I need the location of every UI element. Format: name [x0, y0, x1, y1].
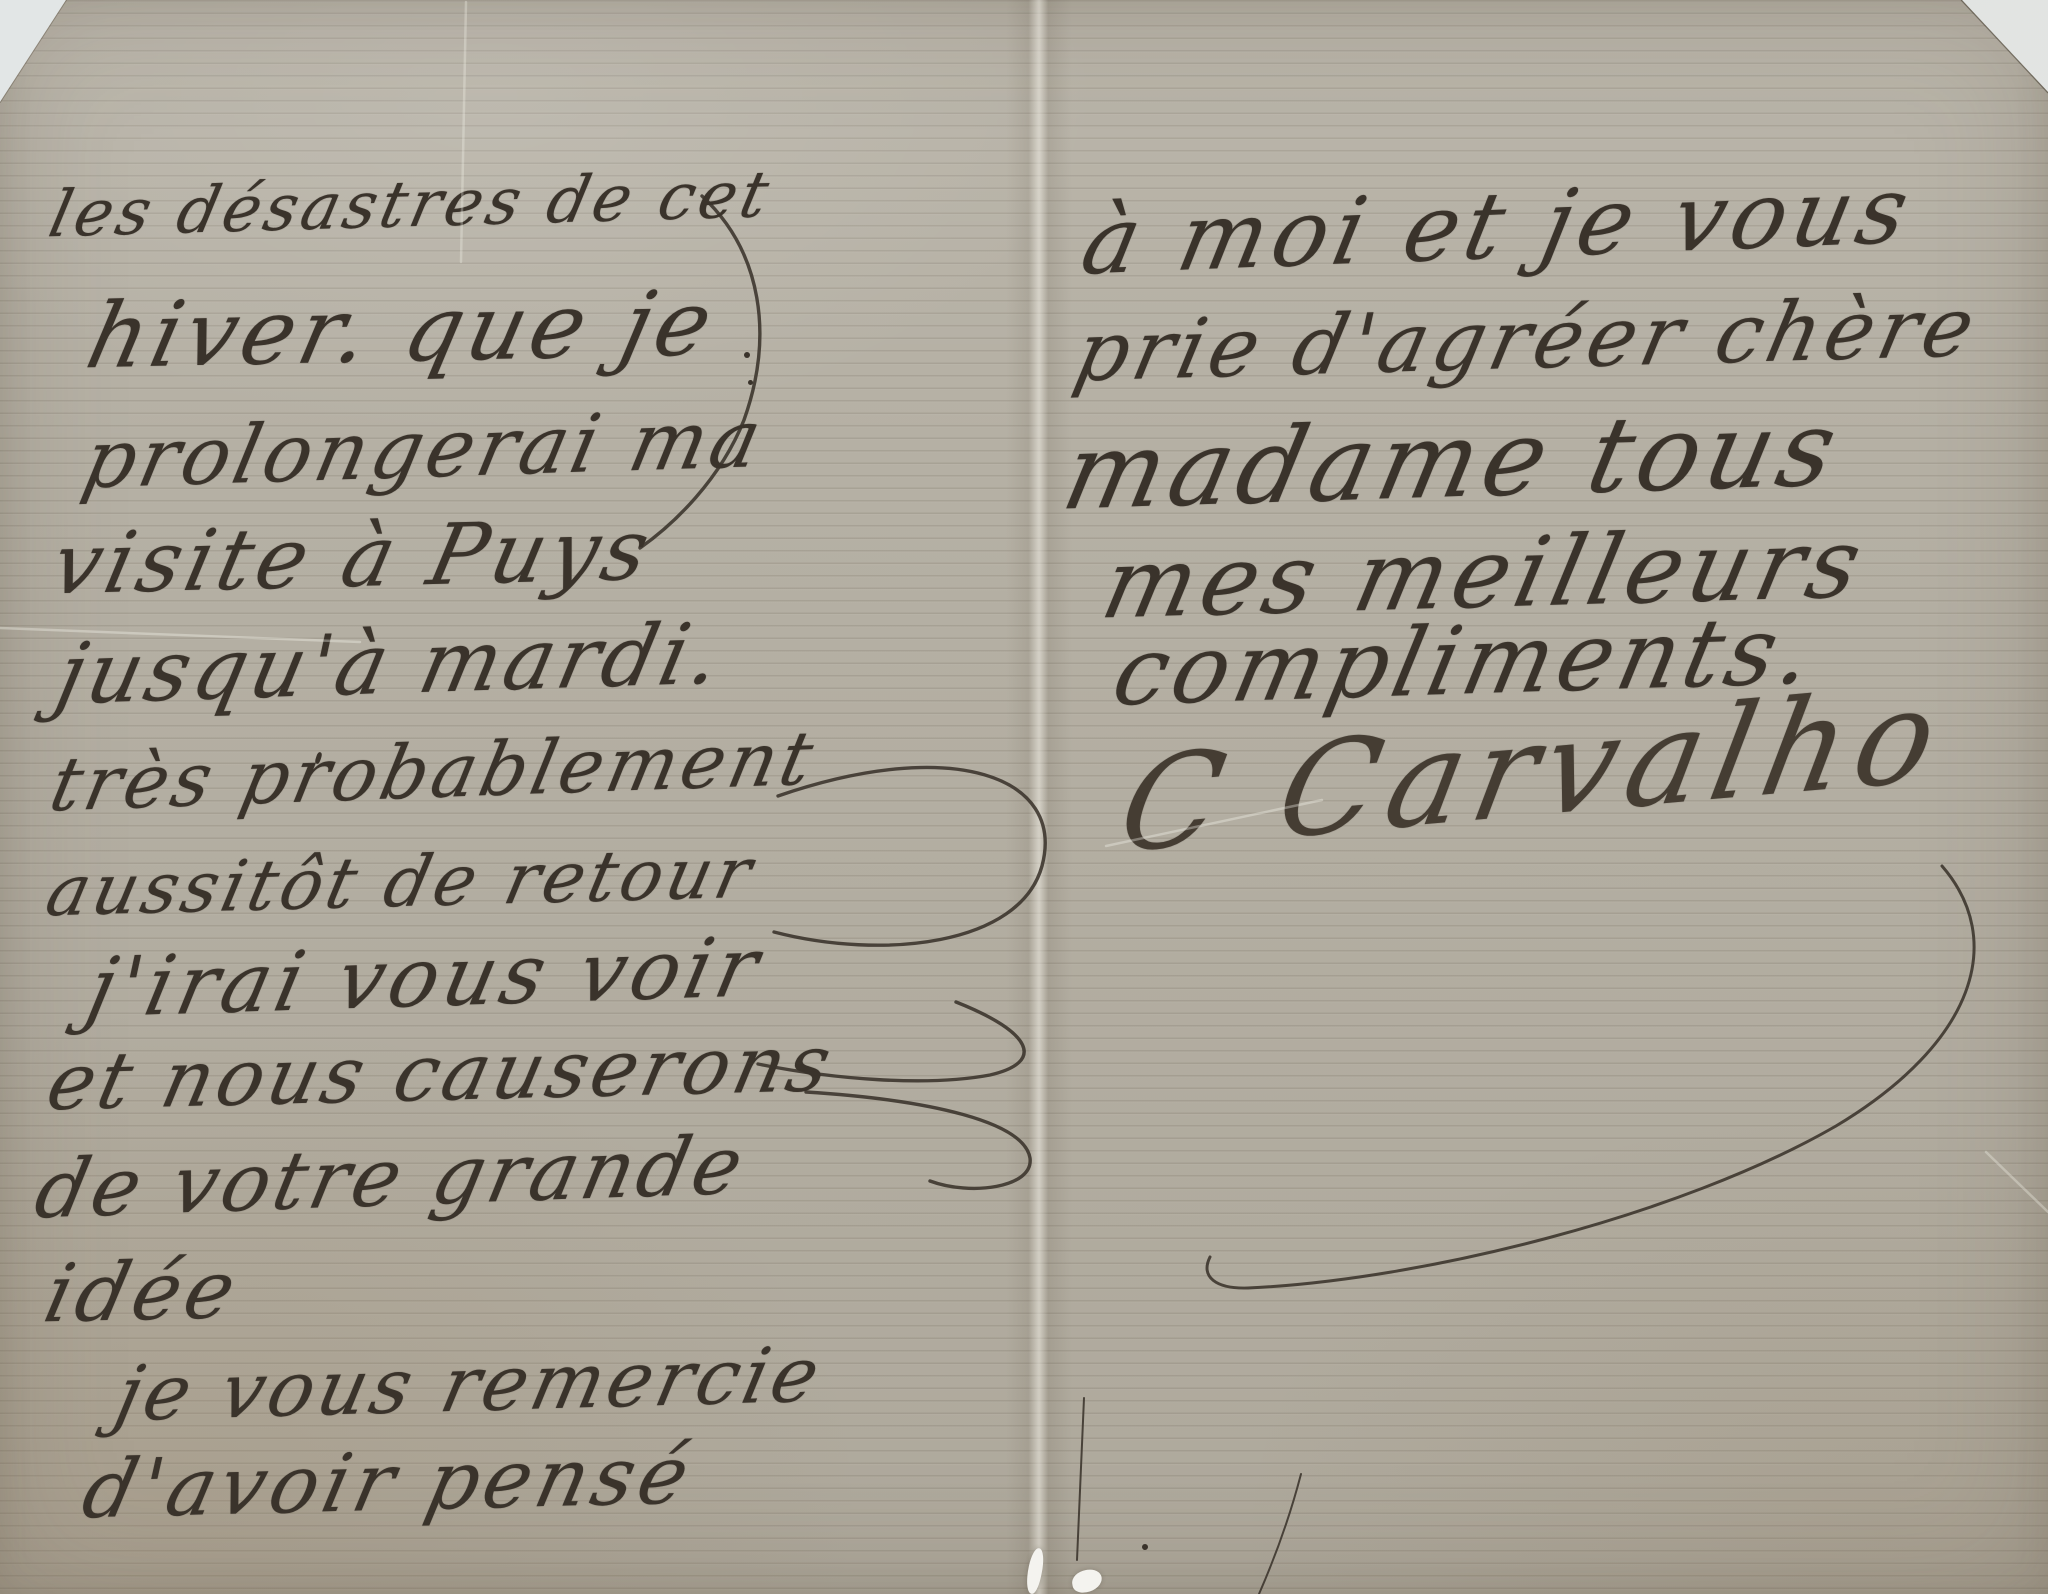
causerons-flourish [806, 1092, 1030, 1188]
voir-return-flourish [758, 1002, 1024, 1081]
line1-descender-flourish [640, 196, 760, 548]
ink-flourishes-layer [0, 0, 2048, 1594]
photographed-letter-scene: les désastres de cet hiver. que je prolo… [0, 0, 2048, 1594]
top-left-corner-cut-line [0, 0, 66, 102]
signature-tail-flourish [1207, 866, 1974, 1288]
bottom-stray-stroke [1077, 1398, 1084, 1560]
bottom-right-stray-stroke [1259, 1474, 1301, 1594]
right-edge-crease [1986, 1152, 2048, 1212]
letter-paper: les désastres de cet hiver. que je prolo… [0, 0, 2048, 1594]
top-right-corner-fold-line [1962, 0, 2048, 92]
probablement-retour-flourish [774, 767, 1045, 945]
right-page-diagonal-crease [1106, 800, 1322, 846]
ink-speck [1142, 1544, 1148, 1550]
left-page-crease [0, 628, 360, 642]
ink-speck [744, 352, 750, 358]
upper-left-vertical-crease [461, 2, 466, 262]
ink-speck [748, 380, 753, 385]
